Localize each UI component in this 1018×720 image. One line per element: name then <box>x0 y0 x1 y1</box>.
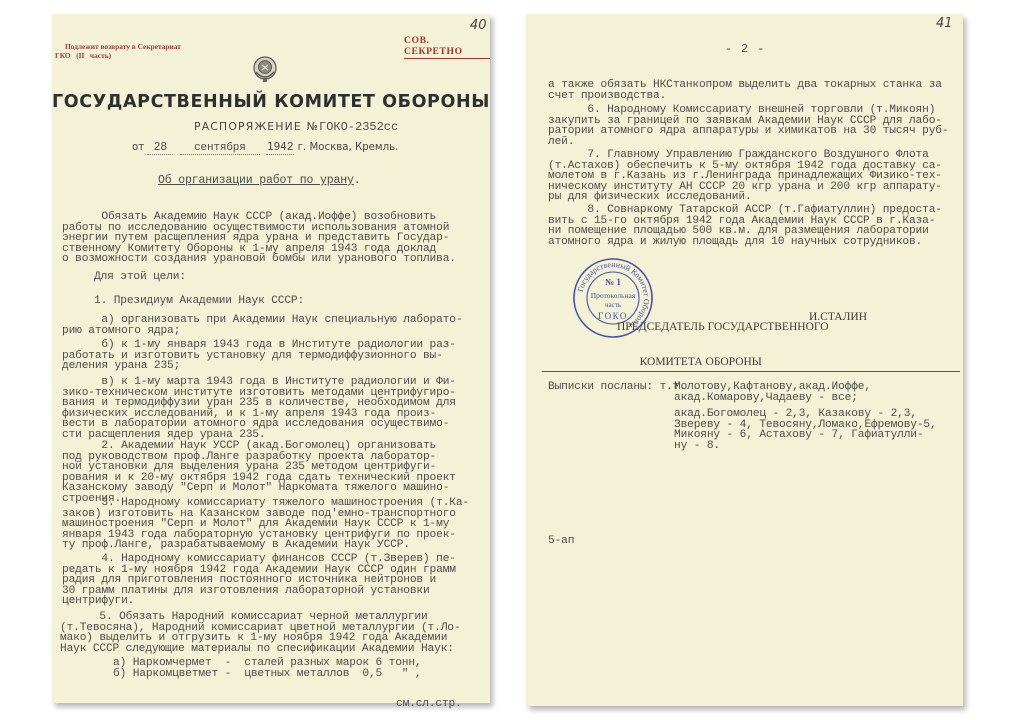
return-note-part: ГКО (II часть) <box>55 51 111 60</box>
typist-mark: 5-ап <box>548 536 574 547</box>
text-line: 4. Народному комиссариату финансов СССР … <box>62 554 456 565</box>
text-line: атомного ядра и жилую площадь для 10 нау… <box>548 237 922 248</box>
text-line: сти расщепления ядер урана 235. <box>62 430 265 441</box>
text-line: вести в лаборатории атомного ядра исслед… <box>62 419 449 430</box>
text-line: мако) выделить и отгрузить к 1-му ноября… <box>60 633 447 644</box>
text-line: акад.Комарову,Чадаеву - все; <box>674 393 858 404</box>
date-day: 28 <box>147 143 173 155</box>
text-line: 7. Главному Управлению Гражданского Возд… <box>548 150 929 161</box>
text-line: молетом в г.Казань из г.Ленинграда прина… <box>548 171 942 182</box>
text-line: Обязать Академию Наук СССР (акад.Иоффе) … <box>62 212 436 223</box>
document-title: ГОСУДАРСТВЕННЫЙ КОМИТЕТ ОБОРОНЫ <box>52 92 490 112</box>
classification-stamp: СОВ. СЕКРЕТНО <box>404 35 490 59</box>
signature-title-line: ПРЕДСЕДАТЕЛЬ ГОСУДАРСТВЕННОГО <box>617 322 829 334</box>
text-line: а также обязать НКСтанкопром выделить дв… <box>548 80 942 91</box>
text-line: 8. Совнаркому Татарской АССР (т.Гафиатул… <box>548 205 942 216</box>
order-label: РАСПОРЯЖЕНИЕ № <box>194 120 319 133</box>
return-note: Подлежит возврату в Секретариат <box>65 42 181 51</box>
continued-note: см.сл.стр. <box>396 699 462 710</box>
for-purpose-heading: Для этой цели: <box>94 272 186 283</box>
text-line: деления урана 235; <box>62 361 180 372</box>
date-year-prefix: 194 <box>267 142 286 153</box>
subject-text: Об организации работ по урану <box>158 174 354 187</box>
item-1-heading: 1. Президиум Академии Наук СССР: <box>94 296 304 307</box>
date-month: сентября <box>180 143 260 155</box>
date-prefix: от <box>132 142 144 153</box>
order-line: РАСПОРЯЖЕНИЕ №ГОКО-2352сс <box>194 120 398 133</box>
item-5b: б) Наркомцветмет - цветных металлов 0,5 … <box>113 669 422 680</box>
text-line: а) организовать при Академии Наук специа… <box>62 315 462 326</box>
text-line: 2. Академии Наук УССР (акад.Богомолец) о… <box>62 441 436 452</box>
return-note-line: Подлежит возврату в Секретариат <box>65 42 181 51</box>
folio-number: 40 <box>470 18 487 33</box>
text-line: ной установки для выделения урана 235 ме… <box>62 462 436 473</box>
text-line: б) к 1-му января 1943 года в Институте р… <box>62 340 456 351</box>
text-line: в) к 1-му марта 1943 года в Институте ра… <box>62 377 456 388</box>
text-line: ры для физических исследований. <box>548 192 751 203</box>
svg-text:№ 1: № 1 <box>605 277 621 287</box>
signature-name: И.СТАЛИН <box>809 311 867 323</box>
text-line: Микояну - 6, Астахову - 7, Гафиатулли- <box>674 430 923 441</box>
text-line: счет производства. <box>548 91 666 102</box>
text-line: о возможности создания урановой бомбы ил… <box>62 254 456 265</box>
signature-title-line: КОМИТЕТА ОБОРОНЫ <box>631 357 829 369</box>
extracts-label: Выписки посланы: т.т. <box>548 382 686 393</box>
return-note-line: ГКО (II часть) <box>55 51 111 60</box>
order-number: ГОКО-2352сс <box>319 120 398 134</box>
text-line: акад.Богомолец - 2,3, Казакову - 2,3, <box>674 409 917 420</box>
subject-period: . <box>354 174 361 187</box>
date-place: г. Москва, Кремль. <box>298 142 399 153</box>
text-line: лей. <box>548 137 574 148</box>
text-line: центрифуги. <box>62 596 134 607</box>
text-line: Казанскому заводу "Серп и Молот" Наркома… <box>62 483 449 494</box>
text-line: энергии путем расщепления ядра урана и п… <box>62 233 449 244</box>
text-line: 5. Обязать Народний комиссариат черной м… <box>60 612 428 623</box>
divider-line <box>542 371 960 372</box>
text-line: ни помещение площадью 500 кв.м. для разм… <box>548 226 929 237</box>
document-page-1: Подлежит возврату в Секретариат ГКО (II … <box>52 14 490 703</box>
ussr-emblem-icon <box>250 54 280 84</box>
text-line: радия для приготовления постоянного исто… <box>62 575 436 586</box>
text-line: рию атомного ядра; <box>62 326 180 337</box>
text-line: 6. Народному Комиссариату внешней торгов… <box>548 105 935 116</box>
text-line: Молотову,Кафтанову,акад.Иоффе, <box>674 382 871 393</box>
item-5a: а) Наркомчермет - сталей разных марок 6 … <box>113 658 422 669</box>
signature-block: ПРЕДСЕДАТЕЛЬ ГОСУДАРСТВЕННОГО КОМИТЕТА О… <box>617 299 829 391</box>
text-line: 3. Народному комиссариату тяжелого машин… <box>62 498 469 509</box>
document-page-2: 41 - 2 - а также обязать НКСтанкопром вы… <box>526 14 963 706</box>
date-line: от 28 сентября 1942 г. Москва, Кремль. <box>132 142 398 155</box>
text-line: машиностроения "Серп и Молот" для Академ… <box>62 519 449 530</box>
text-line: ту проф.Ланге, разрабатываемому в Академ… <box>62 540 410 551</box>
page-number: - 2 - <box>526 44 963 55</box>
folio-number: 41 <box>936 16 953 31</box>
text-line: Наук СССР следующие материалы по спесифи… <box>60 644 454 655</box>
document-subject: Об организации работ по урану. <box>158 176 361 187</box>
date-year-suffix: 2 <box>287 141 294 154</box>
text-line: ратории атомного ядра аппаратуры и химик… <box>548 126 948 137</box>
text-line: ну - 8. <box>674 441 720 452</box>
text-line: вания и термодиффузии уран 235 в количес… <box>62 398 456 409</box>
